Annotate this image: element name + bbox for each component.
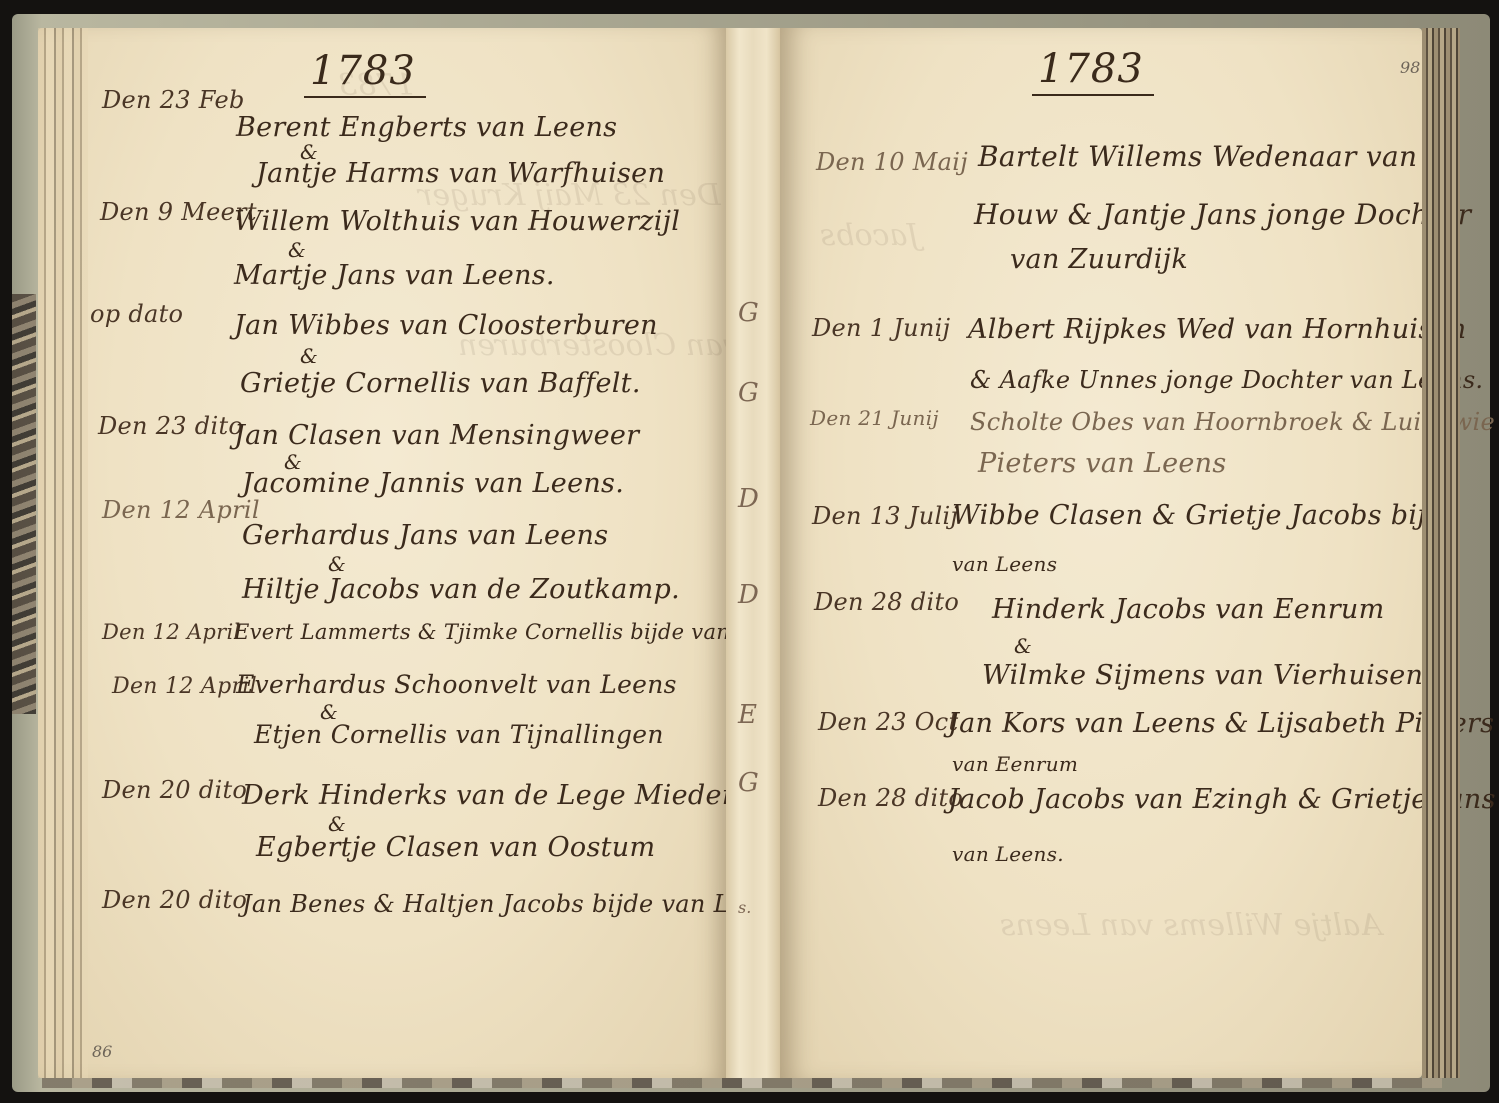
gutter-stub-letter: G bbox=[738, 378, 759, 408]
page-year-heading: 1783 bbox=[1038, 46, 1144, 92]
entry-line: & Aafke Unnes jonge Dochter van Leens. bbox=[970, 366, 1483, 394]
gutter-stub-letter: E bbox=[738, 700, 757, 730]
entry-line: Jacob Jacobs van Ezingh & Grietje Jans bbox=[948, 784, 1496, 815]
bleed-through-text: Jacobs bbox=[820, 218, 919, 253]
entry-line: Gerhardus Jans van Leens bbox=[242, 520, 608, 551]
gutter-stub-letter: D bbox=[738, 580, 759, 610]
entry-line: Scholte Obes van Hoornbroek & Luidewie bbox=[970, 408, 1495, 436]
marbled-cover-edge bbox=[12, 294, 36, 714]
entry-date: Den 1 Junij bbox=[812, 314, 950, 342]
entry-line: van Leens bbox=[952, 552, 1057, 576]
entry-line: Grietje Cornellis van Baffelt. bbox=[240, 368, 641, 399]
entry-line: Hiltje Jacobs van de Zoutkamp. bbox=[242, 574, 680, 605]
entry-line: Jacomine Jannis van Leens. bbox=[242, 468, 624, 499]
entry-line: van Zuurdijk bbox=[1010, 244, 1188, 275]
entry-line: Jan Wibbes van Cloosterburen bbox=[234, 310, 658, 341]
entry-ampersand: & bbox=[300, 344, 318, 368]
entry-line: Martje Jans van Leens. bbox=[234, 260, 555, 291]
entry-line: Houw & Jantje Jans jonge Dochter bbox=[974, 198, 1471, 231]
entry-line: Everhardus Schoonvelt van Leens bbox=[236, 670, 677, 699]
entry-line: van Eenrum bbox=[952, 752, 1078, 776]
entry-line: Bartelt Willems Wedenaar van bbox=[978, 140, 1417, 173]
entry-date: Den 20 dito bbox=[102, 776, 247, 804]
entry-ampersand: & bbox=[328, 552, 346, 576]
entry-line: Willem Wolthuis van Houwerzijl bbox=[234, 206, 680, 237]
entry-date: Den 23 Feb bbox=[102, 86, 245, 114]
marbled-cover-bottom-edge bbox=[42, 1078, 1442, 1088]
entry-date: Den 12 April bbox=[102, 496, 260, 524]
entry-date: Den 23 dito bbox=[98, 412, 243, 440]
entry-line: Jan Clasen van Mensingweer bbox=[234, 420, 639, 451]
right-page-edges bbox=[1422, 28, 1460, 1078]
gutter-stub-letter: D bbox=[738, 484, 759, 514]
entry-line: Jantje Harms van Warfhuisen bbox=[256, 158, 665, 189]
entry-ampersand: & bbox=[1014, 634, 1032, 658]
left-page-edges bbox=[38, 28, 88, 1078]
gutter-stub-letter: G bbox=[738, 768, 759, 798]
gutter-stub-letter: G bbox=[738, 298, 759, 328]
folio-number: 86 bbox=[92, 1042, 112, 1061]
entry-line: Jan Kors van Leens & Lijsabeth Pieters bbox=[948, 708, 1494, 739]
entry-line: Hinderk Jacobs van Eenrum bbox=[992, 594, 1385, 625]
entry-line: Pieters van Leens bbox=[978, 448, 1227, 479]
entry-line: Albert Rijpkes Wed van Hornhuisen bbox=[968, 314, 1466, 345]
entry-line: Etjen Cornellis van Tijnallingen bbox=[254, 720, 664, 749]
book-gutter: G G D D E G s. bbox=[726, 28, 780, 1078]
entry-line: van Leens. bbox=[952, 842, 1064, 866]
entry-ampersand: & bbox=[288, 238, 306, 262]
left-page: 1783 Den 23 Maij Kruger van Cloosterbure… bbox=[38, 28, 726, 1078]
entry-line: Berent Engberts van Leens bbox=[236, 112, 617, 143]
right-page: Jacobs Aaltje Willems van Leens 1783 98 … bbox=[780, 28, 1422, 1078]
bleed-through-text: Aaltje Willems van Leens bbox=[1000, 908, 1382, 943]
entry-date: Den 28 dito bbox=[818, 784, 963, 812]
entry-date: Den 10 Maij bbox=[816, 148, 968, 176]
entry-date: Den 20 dito bbox=[102, 886, 247, 914]
entry-line: Egbertje Clasen van Oostum bbox=[256, 832, 655, 863]
entry-date: op dato bbox=[90, 300, 183, 328]
entry-line: Evert Lammerts & Tjimke Cornellis bijde … bbox=[234, 620, 802, 644]
entry-line: Jan Benes & Haltjen Jacobs bijde van Lee… bbox=[242, 890, 795, 918]
entry-date: Den 21 Junij bbox=[810, 406, 939, 430]
entry-date: Den 12 April bbox=[102, 620, 241, 644]
entry-line: Derk Hinderks van de Lege Mieden bbox=[242, 780, 739, 811]
entry-line: Wibbe Clasen & Grietje Jacobs bijde bbox=[952, 500, 1460, 531]
page-year-heading: 1783 bbox=[310, 48, 416, 94]
entry-date: Den 13 Julij bbox=[812, 502, 958, 530]
entry-line: Wilmke Sijmens van Vierhuisen bbox=[982, 660, 1423, 691]
open-register-book: 1783 Den 23 Maij Kruger van Cloosterbure… bbox=[12, 14, 1490, 1092]
entry-date: Den 28 dito bbox=[814, 588, 959, 616]
folio-number: 98 bbox=[1400, 58, 1420, 77]
entry-date: Den 23 Oct bbox=[818, 708, 958, 736]
gutter-stub-letter: s. bbox=[738, 898, 751, 917]
